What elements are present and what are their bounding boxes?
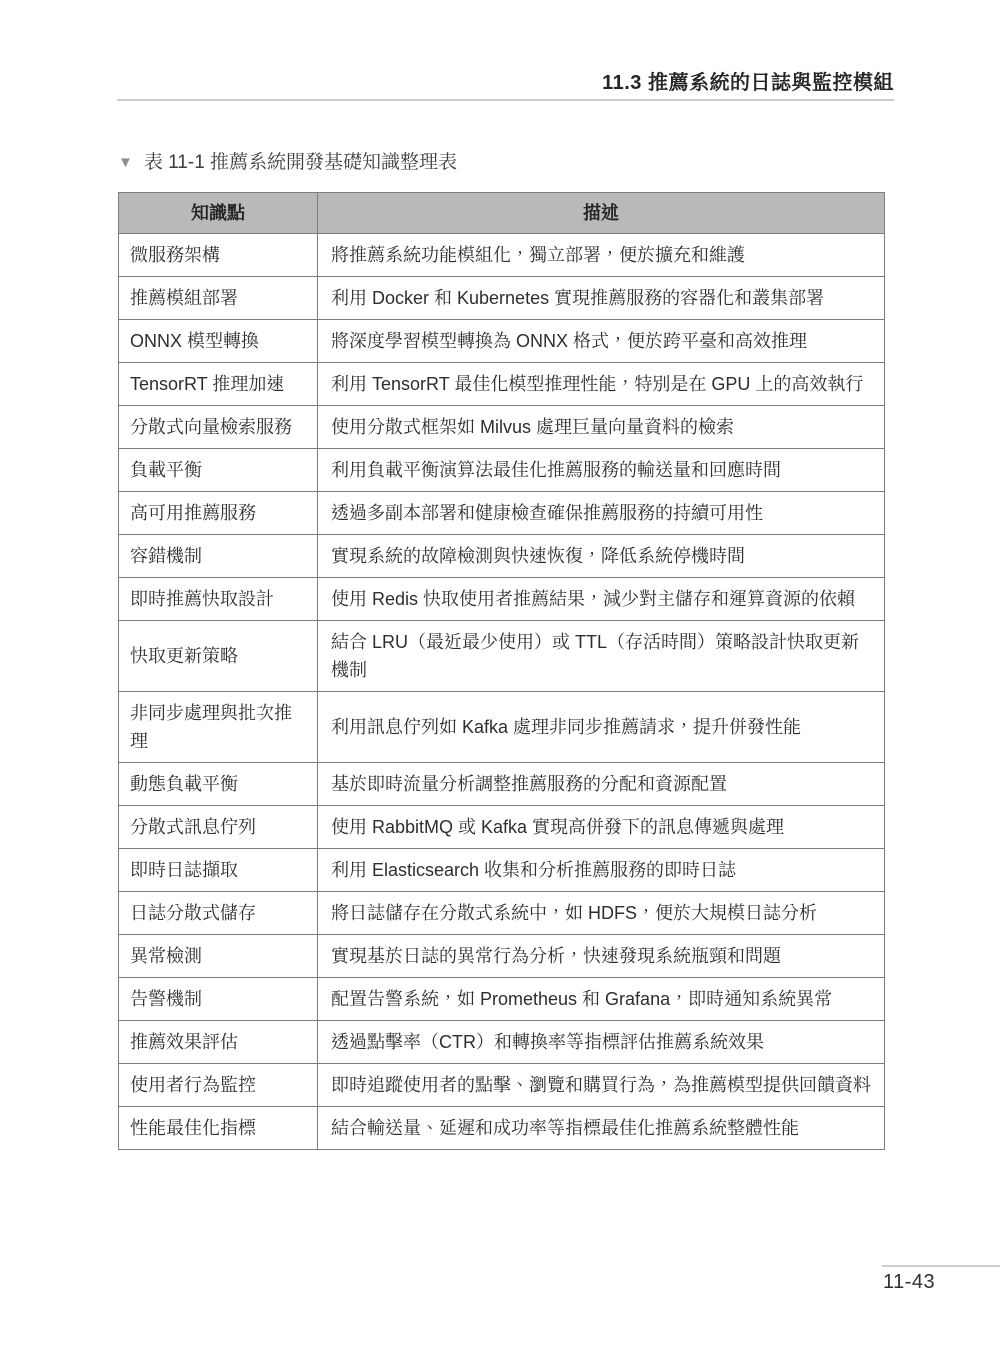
description-cell: 將推薦系統功能模組化，獨立部署，便於擴充和維護 bbox=[318, 234, 885, 277]
knowledge-point-cell: 分散式訊息佇列 bbox=[119, 806, 318, 849]
table-row: TensorRT 推理加速利用 TensorRT 最佳化模型推理性能，特別是在 … bbox=[119, 363, 885, 406]
knowledge-point-cell: 微服務架構 bbox=[119, 234, 318, 277]
table-caption: ▼表 11-1 推薦系統開發基礎知識整理表 bbox=[118, 147, 457, 174]
description-cell: 利用 Docker 和 Kubernetes 實現推薦服務的容器化和叢集部署 bbox=[318, 277, 885, 320]
description-cell: 透過點擊率（CTR）和轉換率等指標評估推薦系統效果 bbox=[318, 1021, 885, 1064]
knowledge-point-cell: 推薦效果評估 bbox=[119, 1021, 318, 1064]
col-header-knowledge-point: 知識點 bbox=[119, 193, 318, 234]
table-row: 微服務架構將推薦系統功能模組化，獨立部署，便於擴充和維護 bbox=[119, 234, 885, 277]
description-cell: 透過多副本部署和健康檢查確保推薦服務的持續可用性 bbox=[318, 492, 885, 535]
table-row: 分散式訊息佇列使用 RabbitMQ 或 Kafka 實現高併發下的訊息傳遞與處… bbox=[119, 806, 885, 849]
section-heading: 11.3 推薦系統的日誌與監控模組 bbox=[602, 72, 894, 94]
knowledge-point-cell: 即時日誌擷取 bbox=[119, 849, 318, 892]
col-header-description: 描述 bbox=[318, 193, 885, 234]
description-cell: 利用負載平衡演算法最佳化推薦服務的輸送量和回應時間 bbox=[318, 449, 885, 492]
table-marker-icon: ▼ bbox=[118, 154, 133, 171]
table-row: 高可用推薦服務透過多副本部署和健康檢查確保推薦服務的持續可用性 bbox=[119, 492, 885, 535]
description-cell: 基於即時流量分析調整推薦服務的分配和資源配置 bbox=[318, 763, 885, 806]
book-page: 11.3 推薦系統的日誌與監控模組 ▼表 11-1 推薦系統開發基礎知識整理表 … bbox=[0, 0, 1000, 1353]
table-row: 即時推薦快取設計使用 Redis 快取使用者推薦結果，減少對主儲存和運算資源的依… bbox=[119, 578, 885, 621]
knowledge-point-cell: 異常檢測 bbox=[119, 935, 318, 978]
table-row: 異常檢測實現基於日誌的異常行為分析，快速發現系統瓶頸和問題 bbox=[119, 935, 885, 978]
knowledge-point-cell: 分散式向量檢索服務 bbox=[119, 406, 318, 449]
description-cell: 實現基於日誌的異常行為分析，快速發現系統瓶頸和問題 bbox=[318, 935, 885, 978]
knowledge-point-cell: 非同步處理與批次推理 bbox=[119, 692, 318, 763]
knowledge-point-cell: 負載平衡 bbox=[119, 449, 318, 492]
knowledge-point-cell: 推薦模組部署 bbox=[119, 277, 318, 320]
knowledge-table: 知識點 描述 微服務架構將推薦系統功能模組化，獨立部署，便於擴充和維護 推薦模組… bbox=[118, 192, 885, 1150]
table-row: 推薦模組部署利用 Docker 和 Kubernetes 實現推薦服務的容器化和… bbox=[119, 277, 885, 320]
knowledge-point-cell: 容錯機制 bbox=[119, 535, 318, 578]
description-cell: 使用 RabbitMQ 或 Kafka 實現高併發下的訊息傳遞與處理 bbox=[318, 806, 885, 849]
knowledge-point-cell: 使用者行為監控 bbox=[119, 1064, 318, 1107]
table-row: 容錯機制實現系統的故障檢測與快速恢復，降低系統停機時間 bbox=[119, 535, 885, 578]
description-cell: 結合 LRU（最近最少使用）或 TTL（存活時間）策略設計快取更新機制 bbox=[318, 621, 885, 692]
table-row: ONNX 模型轉換將深度學習模型轉換為 ONNX 格式，便於跨平臺和高效推理 bbox=[119, 320, 885, 363]
table-row: 非同步處理與批次推理利用訊息佇列如 Kafka 處理非同步推薦請求，提升併發性能 bbox=[119, 692, 885, 763]
knowledge-point-cell: 動態負載平衡 bbox=[119, 763, 318, 806]
description-cell: 結合輸送量、延遲和成功率等指標最佳化推薦系統整體性能 bbox=[318, 1107, 885, 1150]
page-header: 11.3 推薦系統的日誌與監控模組 bbox=[117, 66, 894, 95]
table-header-row: 知識點 描述 bbox=[119, 193, 885, 234]
description-cell: 將日誌儲存在分散式系統中，如 HDFS，便於大規模日誌分析 bbox=[318, 892, 885, 935]
description-cell: 實現系統的故障檢測與快速恢復，降低系統停機時間 bbox=[318, 535, 885, 578]
table-row: 即時日誌擷取利用 Elasticsearch 收集和分析推薦服務的即時日誌 bbox=[119, 849, 885, 892]
table-row: 負載平衡利用負載平衡演算法最佳化推薦服務的輸送量和回應時間 bbox=[119, 449, 885, 492]
table-row: 使用者行為監控即時追蹤使用者的點擊、瀏覽和購買行為，為推薦模型提供回饋資料 bbox=[119, 1064, 885, 1107]
knowledge-point-cell: 快取更新策略 bbox=[119, 621, 318, 692]
table-row: 性能最佳化指標結合輸送量、延遲和成功率等指標最佳化推薦系統整體性能 bbox=[119, 1107, 885, 1150]
knowledge-point-cell: 告警機制 bbox=[119, 978, 318, 1021]
description-cell: 即時追蹤使用者的點擊、瀏覽和購買行為，為推薦模型提供回饋資料 bbox=[318, 1064, 885, 1107]
description-cell: 使用 Redis 快取使用者推薦結果，減少對主儲存和運算資源的依賴 bbox=[318, 578, 885, 621]
table-row: 告警機制配置告警系統，如 Prometheus 和 Grafana，即時通知系統… bbox=[119, 978, 885, 1021]
knowledge-point-cell: 日誌分散式儲存 bbox=[119, 892, 318, 935]
table-row: 動態負載平衡基於即時流量分析調整推薦服務的分配和資源配置 bbox=[119, 763, 885, 806]
description-cell: 利用 Elasticsearch 收集和分析推薦服務的即時日誌 bbox=[318, 849, 885, 892]
table-row: 快取更新策略結合 LRU（最近最少使用）或 TTL（存活時間）策略設計快取更新機… bbox=[119, 621, 885, 692]
page-number: 11-43 bbox=[883, 1271, 935, 1294]
description-cell: 利用訊息佇列如 Kafka 處理非同步推薦請求，提升併發性能 bbox=[318, 692, 885, 763]
knowledge-point-cell: TensorRT 推理加速 bbox=[119, 363, 318, 406]
description-cell: 將深度學習模型轉換為 ONNX 格式，便於跨平臺和高效推理 bbox=[318, 320, 885, 363]
header-rule bbox=[117, 99, 894, 101]
description-cell: 配置告警系統，如 Prometheus 和 Grafana，即時通知系統異常 bbox=[318, 978, 885, 1021]
table-row: 日誌分散式儲存將日誌儲存在分散式系統中，如 HDFS，便於大規模日誌分析 bbox=[119, 892, 885, 935]
table-row: 推薦效果評估透過點擊率（CTR）和轉換率等指標評估推薦系統效果 bbox=[119, 1021, 885, 1064]
knowledge-point-cell: ONNX 模型轉換 bbox=[119, 320, 318, 363]
table-row: 分散式向量檢索服務使用分散式框架如 Milvus 處理巨量向量資料的檢索 bbox=[119, 406, 885, 449]
knowledge-point-cell: 性能最佳化指標 bbox=[119, 1107, 318, 1150]
knowledge-point-cell: 高可用推薦服務 bbox=[119, 492, 318, 535]
description-cell: 利用 TensorRT 最佳化模型推理性能，特別是在 GPU 上的高效執行 bbox=[318, 363, 885, 406]
table-caption-text: 表 11-1 推薦系統開發基礎知識整理表 bbox=[144, 152, 457, 173]
knowledge-point-cell: 即時推薦快取設計 bbox=[119, 578, 318, 621]
description-cell: 使用分散式框架如 Milvus 處理巨量向量資料的檢索 bbox=[318, 406, 885, 449]
footer-rule bbox=[882, 1265, 1000, 1267]
